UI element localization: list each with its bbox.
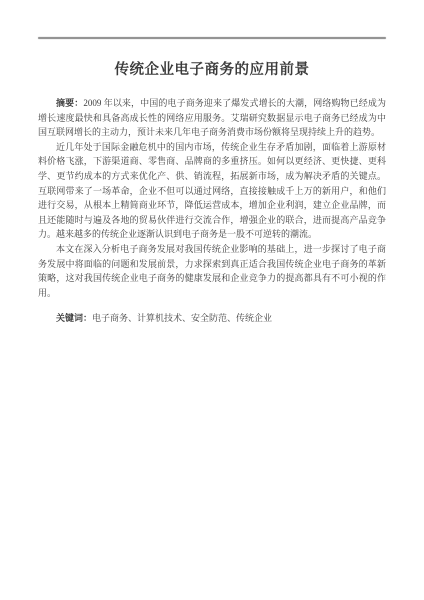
paper-title: 传统企业电子商务的应用前景 — [0, 58, 424, 79]
abstract-section: 摘要：2009 年以来，中国的电子商务迎来了爆发式增长的大潮，网络购物已经成为增… — [38, 96, 386, 326]
abstract-paragraph: 本文在深入分析电子商务发展对我国传统企业影响的基础上，进一步探讨了电子商务发展中… — [38, 242, 386, 300]
abstract-paragraph: 近几年处于国际金融危机中的国内市场，传统企业生存矛盾加剧，面临着上游原材料价格飞… — [38, 140, 386, 242]
keywords-text: 电子商务、计算机技术、安全防范、传统企业 — [92, 313, 272, 323]
abstract-paragraph-text: 2009 年以来，中国的电子商务迎来了爆发式增长的大潮，网络购物已经成为增长速度… — [38, 98, 386, 137]
header-divider-rule — [38, 37, 386, 39]
abstract-paragraph: 摘要：2009 年以来，中国的电子商务迎来了爆发式增长的大潮，网络购物已经成为增… — [38, 96, 386, 140]
abstract-label: 摘要： — [56, 98, 83, 108]
paper-page: 传统企业电子商务的应用前景 摘要：2009 年以来，中国的电子商务迎来了爆发式增… — [0, 0, 424, 600]
keywords-line: 关键词：电子商务、计算机技术、安全防范、传统企业 — [38, 311, 386, 326]
keywords-label: 关键词： — [56, 313, 92, 323]
